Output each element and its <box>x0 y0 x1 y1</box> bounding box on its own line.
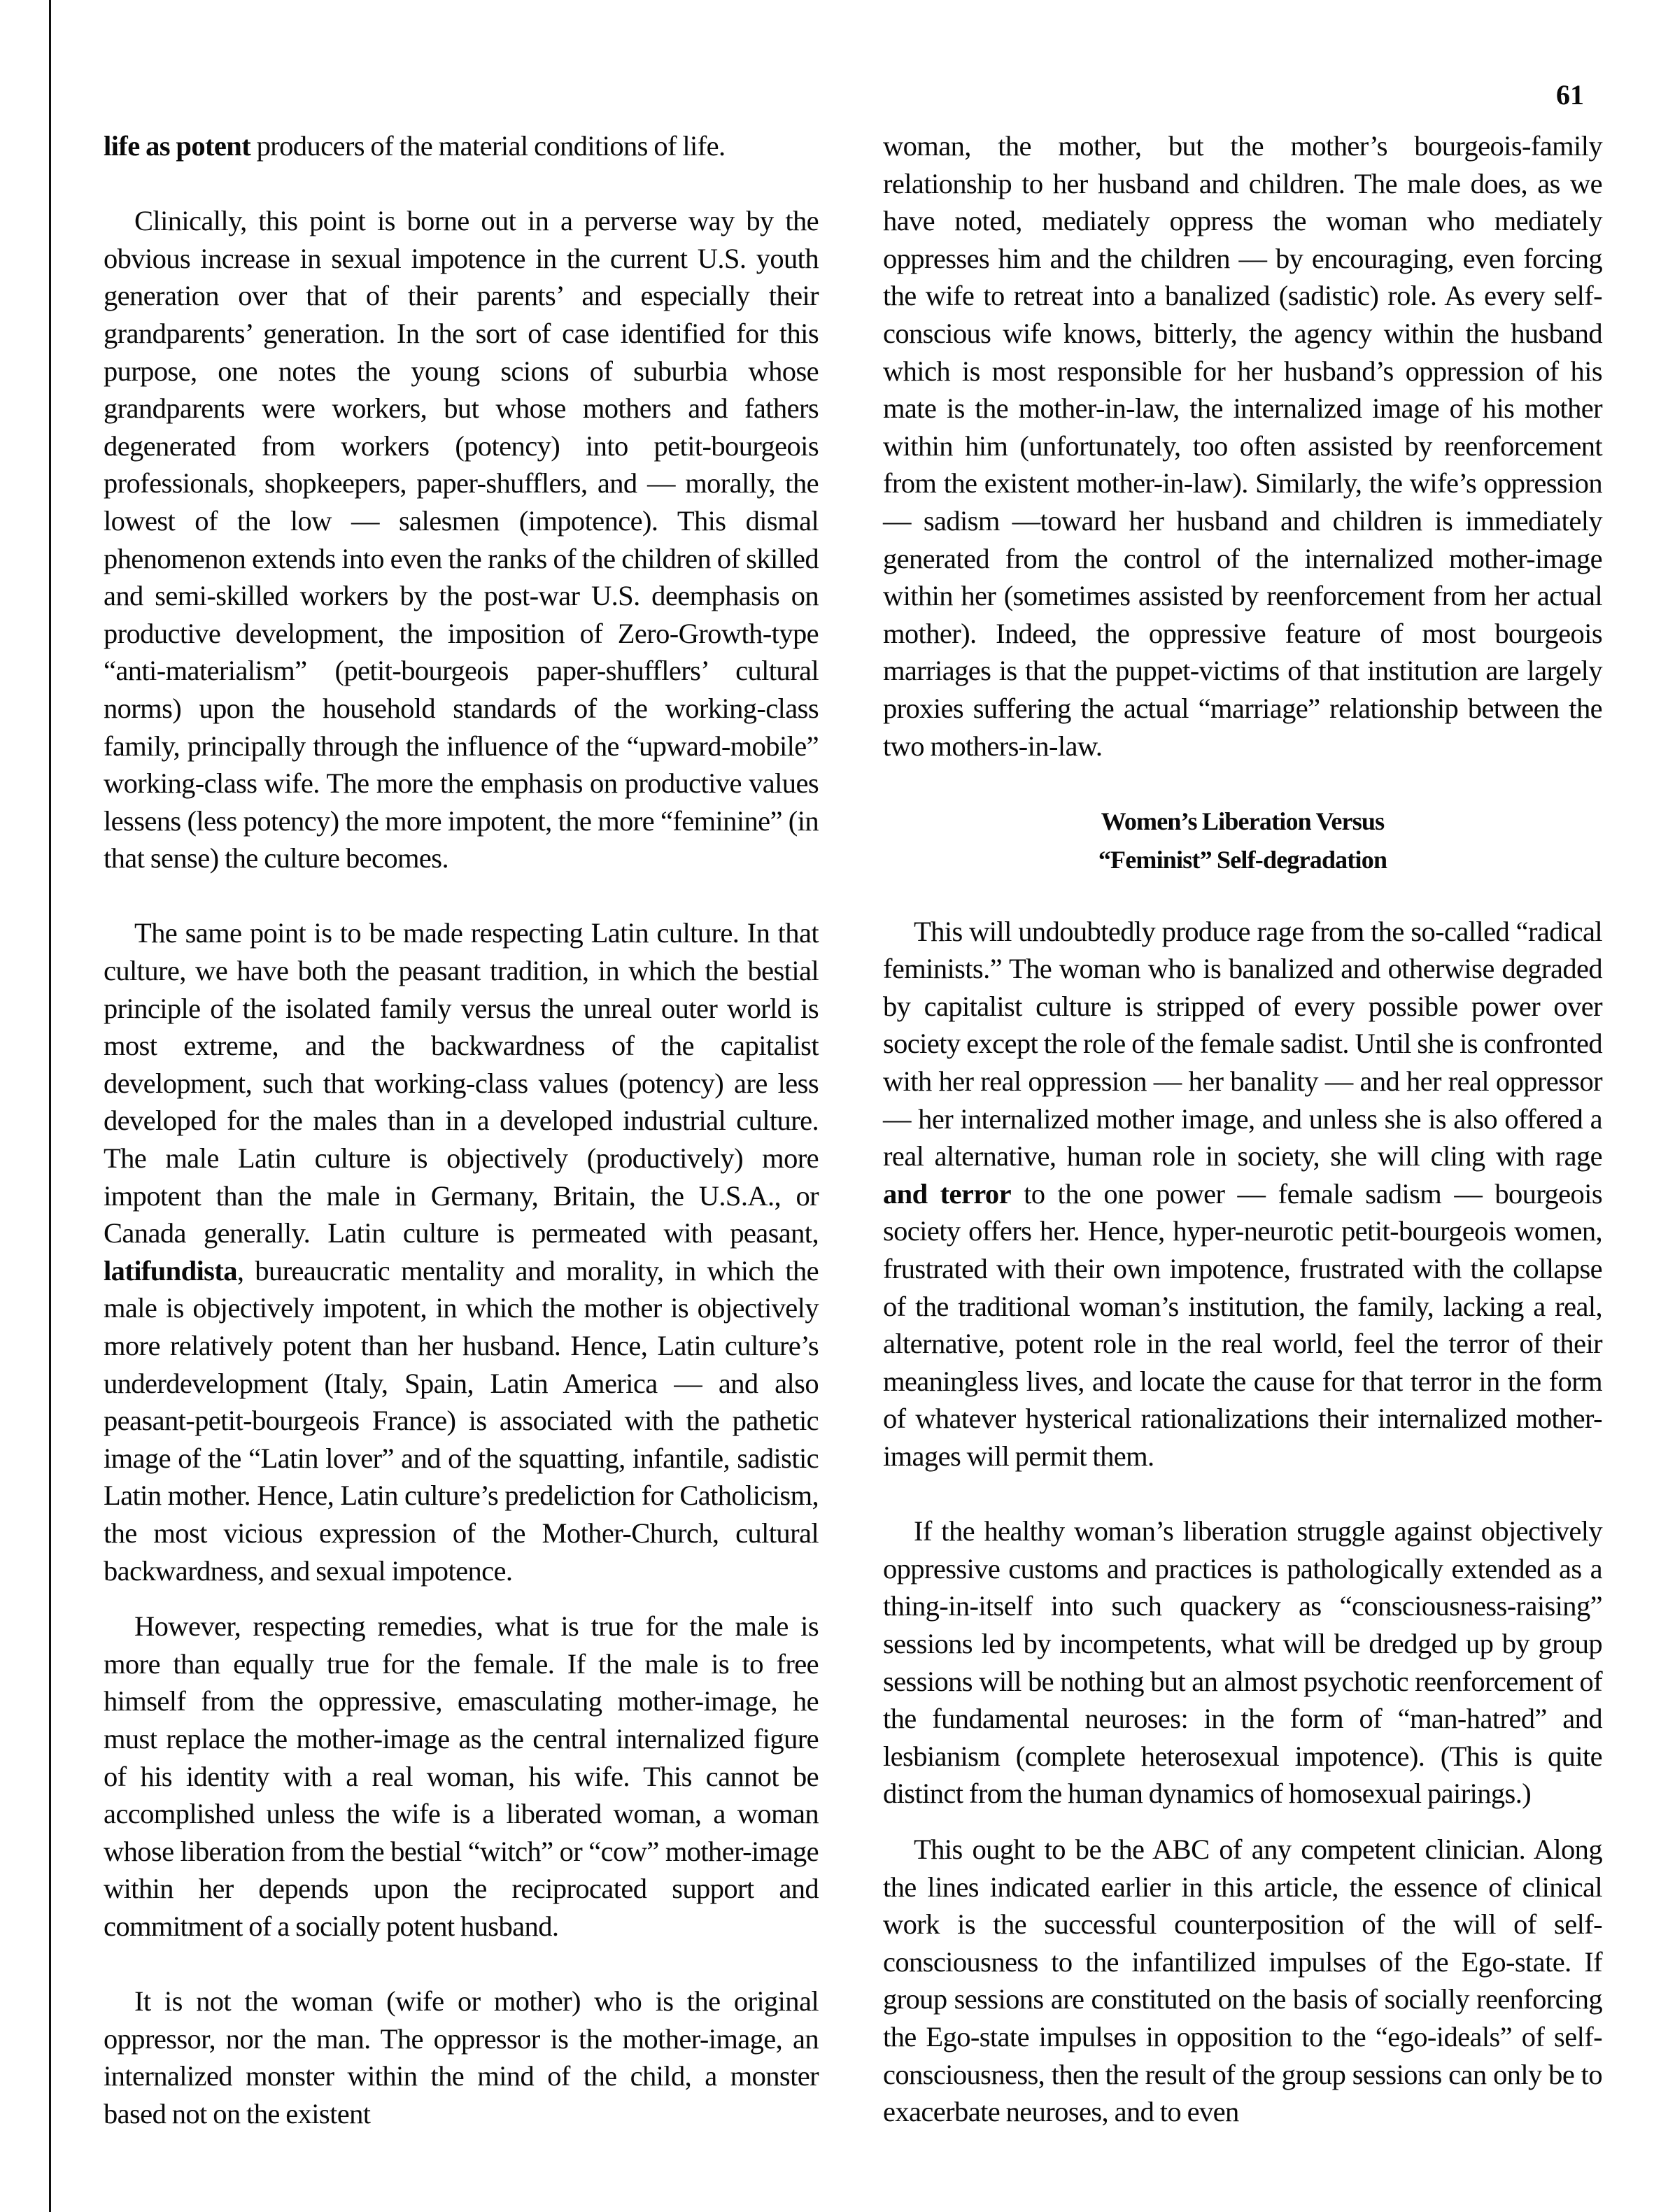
paragraph-latin-culture: The same point is to be made respecting … <box>104 914 819 1589</box>
paragraph-rage: This will undoubtedly produce rage from … <box>883 913 1602 1475</box>
section-heading: Women’s Liberation Versus “Feminist” Sel… <box>883 802 1602 879</box>
right-column: woman, the mother, but the mother’s bour… <box>883 127 1602 2168</box>
page-number: 61 <box>1556 78 1584 111</box>
heading-line-2: “Feminist” Self-degradation <box>883 841 1602 879</box>
bold-lead: life as potent <box>104 130 250 162</box>
heading-line-1: Women’s Liberation Versus <box>883 802 1602 841</box>
paragraph-continuation: life as potent producers of the material… <box>104 127 819 165</box>
paragraph-clinician: This ought to be the ABC of any competen… <box>883 1831 1602 2131</box>
bold-term: latifundista <box>104 1255 237 1286</box>
scan-edge-line <box>49 0 51 2212</box>
paragraph-clinically: Clinically, this point is borne out in a… <box>104 202 819 877</box>
paragraph-healthy-liberation: If the healthy woman’s liberation strugg… <box>883 1512 1602 1813</box>
left-column: life as potent producers of the material… <box>104 127 819 2170</box>
bold-phrase: and terror <box>883 1178 1011 1210</box>
paragraph-oppressor: It is not the woman (wife or mother) who… <box>104 1983 819 2132</box>
paragraph-continuation: woman, the mother, but the mother’s bour… <box>883 127 1602 765</box>
paragraph-remedies: However, respecting remedies, what is tr… <box>104 1608 819 1945</box>
